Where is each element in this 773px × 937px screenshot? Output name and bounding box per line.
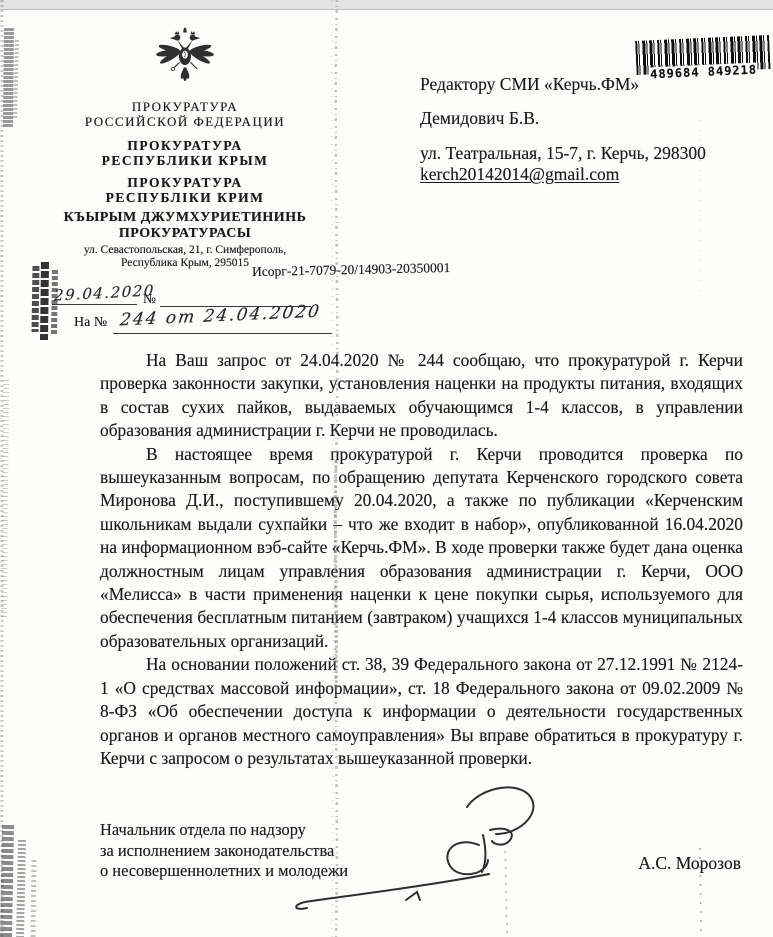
recipient-name: Демидович Б.В. [420, 108, 760, 129]
number-sign: № [143, 291, 156, 307]
org-crimean-tatar-line2: ПРОКУРАТУРАСЫ [40, 226, 330, 242]
recipient-email: kerch20142014@gmail.com [420, 164, 760, 185]
org-republic-ru-line2: РЕСПУБЛИКИ КРЫМ [40, 153, 330, 168]
signer-name: А.С. Морозов [638, 853, 741, 874]
reply-to-label: На № [74, 315, 107, 331]
org-republic-ru-line1: ПРОКУРАТУРА [40, 138, 330, 153]
org-address-line1: ул. Севастопольская, 21, г. Симферополь, [40, 244, 330, 257]
recipient-title: Редактору СМИ «Керчь.ФМ» [420, 74, 760, 95]
letterhead: ПРОКУРАТУРА РОССИЙСКОЙ ФЕДЕРАЦИИ ПРОКУРА… [40, 26, 330, 270]
org-federation-line2: РОССИЙСКОЙ ФЕДЕРАЦИИ [40, 114, 330, 129]
scan-edge-strip [0, 0, 773, 10]
org-republic-ua-line1: ПРОКУРАТУРА [40, 175, 330, 190]
org-crimean-tatar-line1: КЪЫРЫМ ДЖУМХУРИЕТИНИНЬ [40, 210, 330, 226]
body-paragraph-3: На основании положений ст. 38, 39 Федера… [100, 653, 743, 770]
recipient-block: Редактору СМИ «Керчь.ФМ» Демидович Б.В. … [420, 74, 760, 185]
double-headed-eagle-emblem [152, 26, 218, 92]
body-paragraph-2: В настоящее время прокуратурой г. Керчи … [100, 443, 743, 654]
body-paragraph-1: На Ваш запрос от 24.04.2020 № 244 сообща… [100, 349, 743, 443]
handwritten-signature [280, 770, 560, 915]
document-page: ПРОКУРАТУРА РОССИЙСКОЙ ФЕДЕРАЦИИ ПРОКУРА… [0, 0, 773, 937]
outgoing-reference-number: Исорг-21-7079-20/14903-20350001 [252, 260, 451, 280]
handwritten-date: 29.04.2020 [54, 281, 156, 304]
reply-underline [113, 333, 332, 334]
org-federation-line1: ПРОКУРАТУРА [40, 99, 330, 114]
letter-body: На Ваш запрос от 24.04.2020 № 244 сообща… [100, 349, 743, 770]
date-underline [52, 304, 137, 305]
org-republic-ua-line2: РЕСПУБЛІКИ КРИМ [40, 190, 330, 205]
recipient-address: ул. Театральная, 15-7, г. Керчь, 298300 [420, 143, 760, 164]
